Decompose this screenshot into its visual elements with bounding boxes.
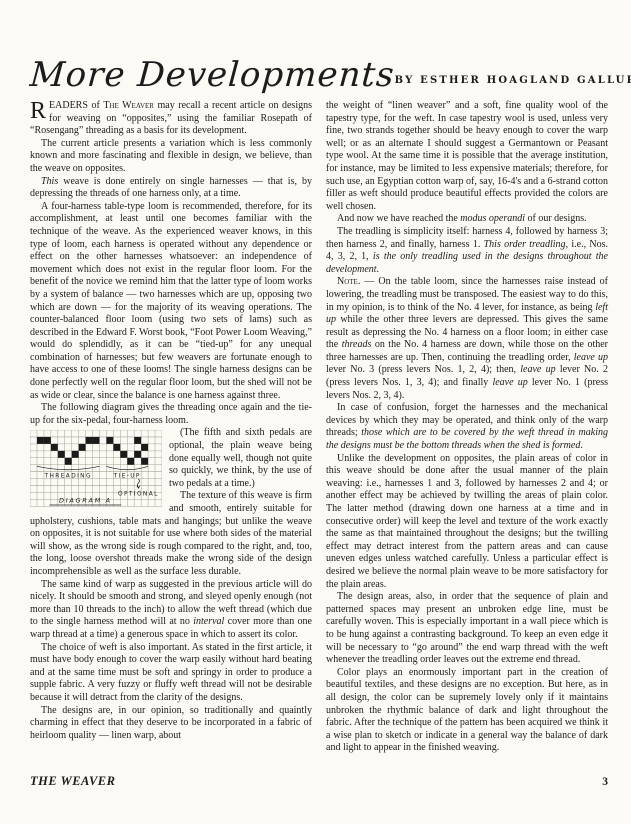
paragraph: In case of confusion, forget the harness… [326,402,608,452]
text-segment: The Weaver [103,100,154,111]
optional-arrow [137,479,140,488]
text-segment: The designs are, in our opinion, so trad… [30,705,312,741]
weaving-draft-diagram: THREADINGTIE-UPOPTIONALDIAGRAM A [30,430,162,506]
tieup-cell [106,437,113,444]
text-segment: And now we have reached the [337,213,460,224]
article-byline: BY ESTHER HOAGLAND GALLUP [395,75,631,86]
left-column: READERS of The Weaver may recall a recen… [30,100,312,755]
text-segment: weave is done entirely on single harness… [30,176,312,200]
journal-name: THE WEAVER [30,774,115,789]
threading-cell [79,444,86,451]
text-segment: A four-harness table-type loom is recomm… [30,201,312,401]
page-number: 3 [602,776,608,788]
text-segment: the weight of “linen weaver” and a soft,… [326,100,608,212]
threading-cell [44,437,51,444]
paragraph: This weave is done entirely on single ha… [30,176,312,201]
diagram-label: TIE-UP [113,474,141,480]
text-segment: of our designs. [525,213,587,224]
paragraph: Color plays an enormously important part… [326,667,608,755]
paragraph: A four-harness table-type loom is recomm… [30,201,312,403]
threading-cell [58,451,65,458]
text-segment: EADERS of [49,100,103,111]
text-segment: The current article presents a variation… [30,138,312,174]
magazine-page: More Developments BY ESTHER HOAGLAND GAL… [0,0,631,824]
text-segment: This [41,176,58,187]
text-segment: those which are to be covered by the wef… [326,427,608,451]
threading-cell [65,458,72,465]
diagram-label: THREADING [44,474,92,480]
text-segment: leave up [492,377,527,388]
paragraph: Note. — On the table loom, since the har… [326,276,608,402]
text-segment: interval [193,616,224,627]
threading-cell [93,437,100,444]
threading-cell [86,437,93,444]
text-segment: Unlike the development on opposites, the… [326,453,608,590]
text-segment: The following diagram gives the threadin… [30,402,312,426]
text-segment: This order treadling [484,239,566,250]
paragraph: Unlike the development on opposites, the… [326,453,608,592]
tieup-cell [141,458,148,465]
threading-cell [51,444,58,451]
paragraph: The current article presents a variation… [30,138,312,176]
text-segment: — On the table loom, since the harnesses… [326,276,608,312]
article-title: More Developments [29,58,396,92]
text-segment: . [580,440,583,451]
text-segment: The design areas, also, in order that th… [326,591,608,665]
paragraph: The choice of weft is also important. As… [30,642,312,705]
tieup-cell [120,451,127,458]
text-segment: leave up [520,364,555,375]
text-segment: Note. [337,276,360,287]
paragraph: The same kind of warp as suggested in th… [30,579,312,642]
text-segment: modus operandi [460,213,525,224]
page-footer: THE WEAVER 3 [30,774,608,789]
paragraph: READERS of The Weaver may recall a recen… [30,100,312,138]
two-column-body: READERS of The Weaver may recall a recen… [30,100,608,755]
tieup-cell [141,444,148,451]
text-segment: lever No. 3 (press levers Nos. 1, 2, 4);… [326,364,520,375]
text-segment: (The fifth and sixth pedals are optional… [169,427,312,488]
left-column-top: READERS of The Weaver may recall a recen… [30,100,312,427]
text-segment: Color plays an enormously important part… [326,667,608,754]
drop-cap: R [30,100,49,121]
paragraph: And now we have reached the modus operan… [326,213,608,226]
text-segment: leave up [574,352,608,363]
diagram-label: DIAGRAM A [59,497,112,505]
text-segment: . [377,264,380,275]
paragraph: the weight of “linen weaver” and a soft,… [326,100,608,213]
paragraph: The design areas, also, in order that th… [326,591,608,667]
text-segment: threads [342,339,372,350]
paragraph: The designs are, in our opinion, so trad… [30,705,312,743]
brace [37,467,100,470]
left-column-flow: THREADINGTIE-UPOPTIONALDIAGRAM A (The fi… [30,427,312,742]
threading-cell [72,451,79,458]
tieup-cell [134,451,141,458]
article-header: More Developments BY ESTHER HOAGLAND GAL… [30,40,608,92]
tieup-cell [113,444,120,451]
draft-grid: THREADINGTIE-UPOPTIONALDIAGRAM A [30,430,162,506]
paragraph: The following diagram gives the threadin… [30,402,312,427]
paragraph: The treadling is simplicity itself: harn… [326,226,608,276]
right-column: the weight of “linen weaver” and a soft,… [326,100,608,755]
tieup-cell [134,437,141,444]
diagram-label: OPTIONAL [118,492,159,498]
threading-cell [37,437,44,444]
text-segment: The choice of weft is also important. As… [30,642,312,703]
tieup-cell [127,458,134,465]
